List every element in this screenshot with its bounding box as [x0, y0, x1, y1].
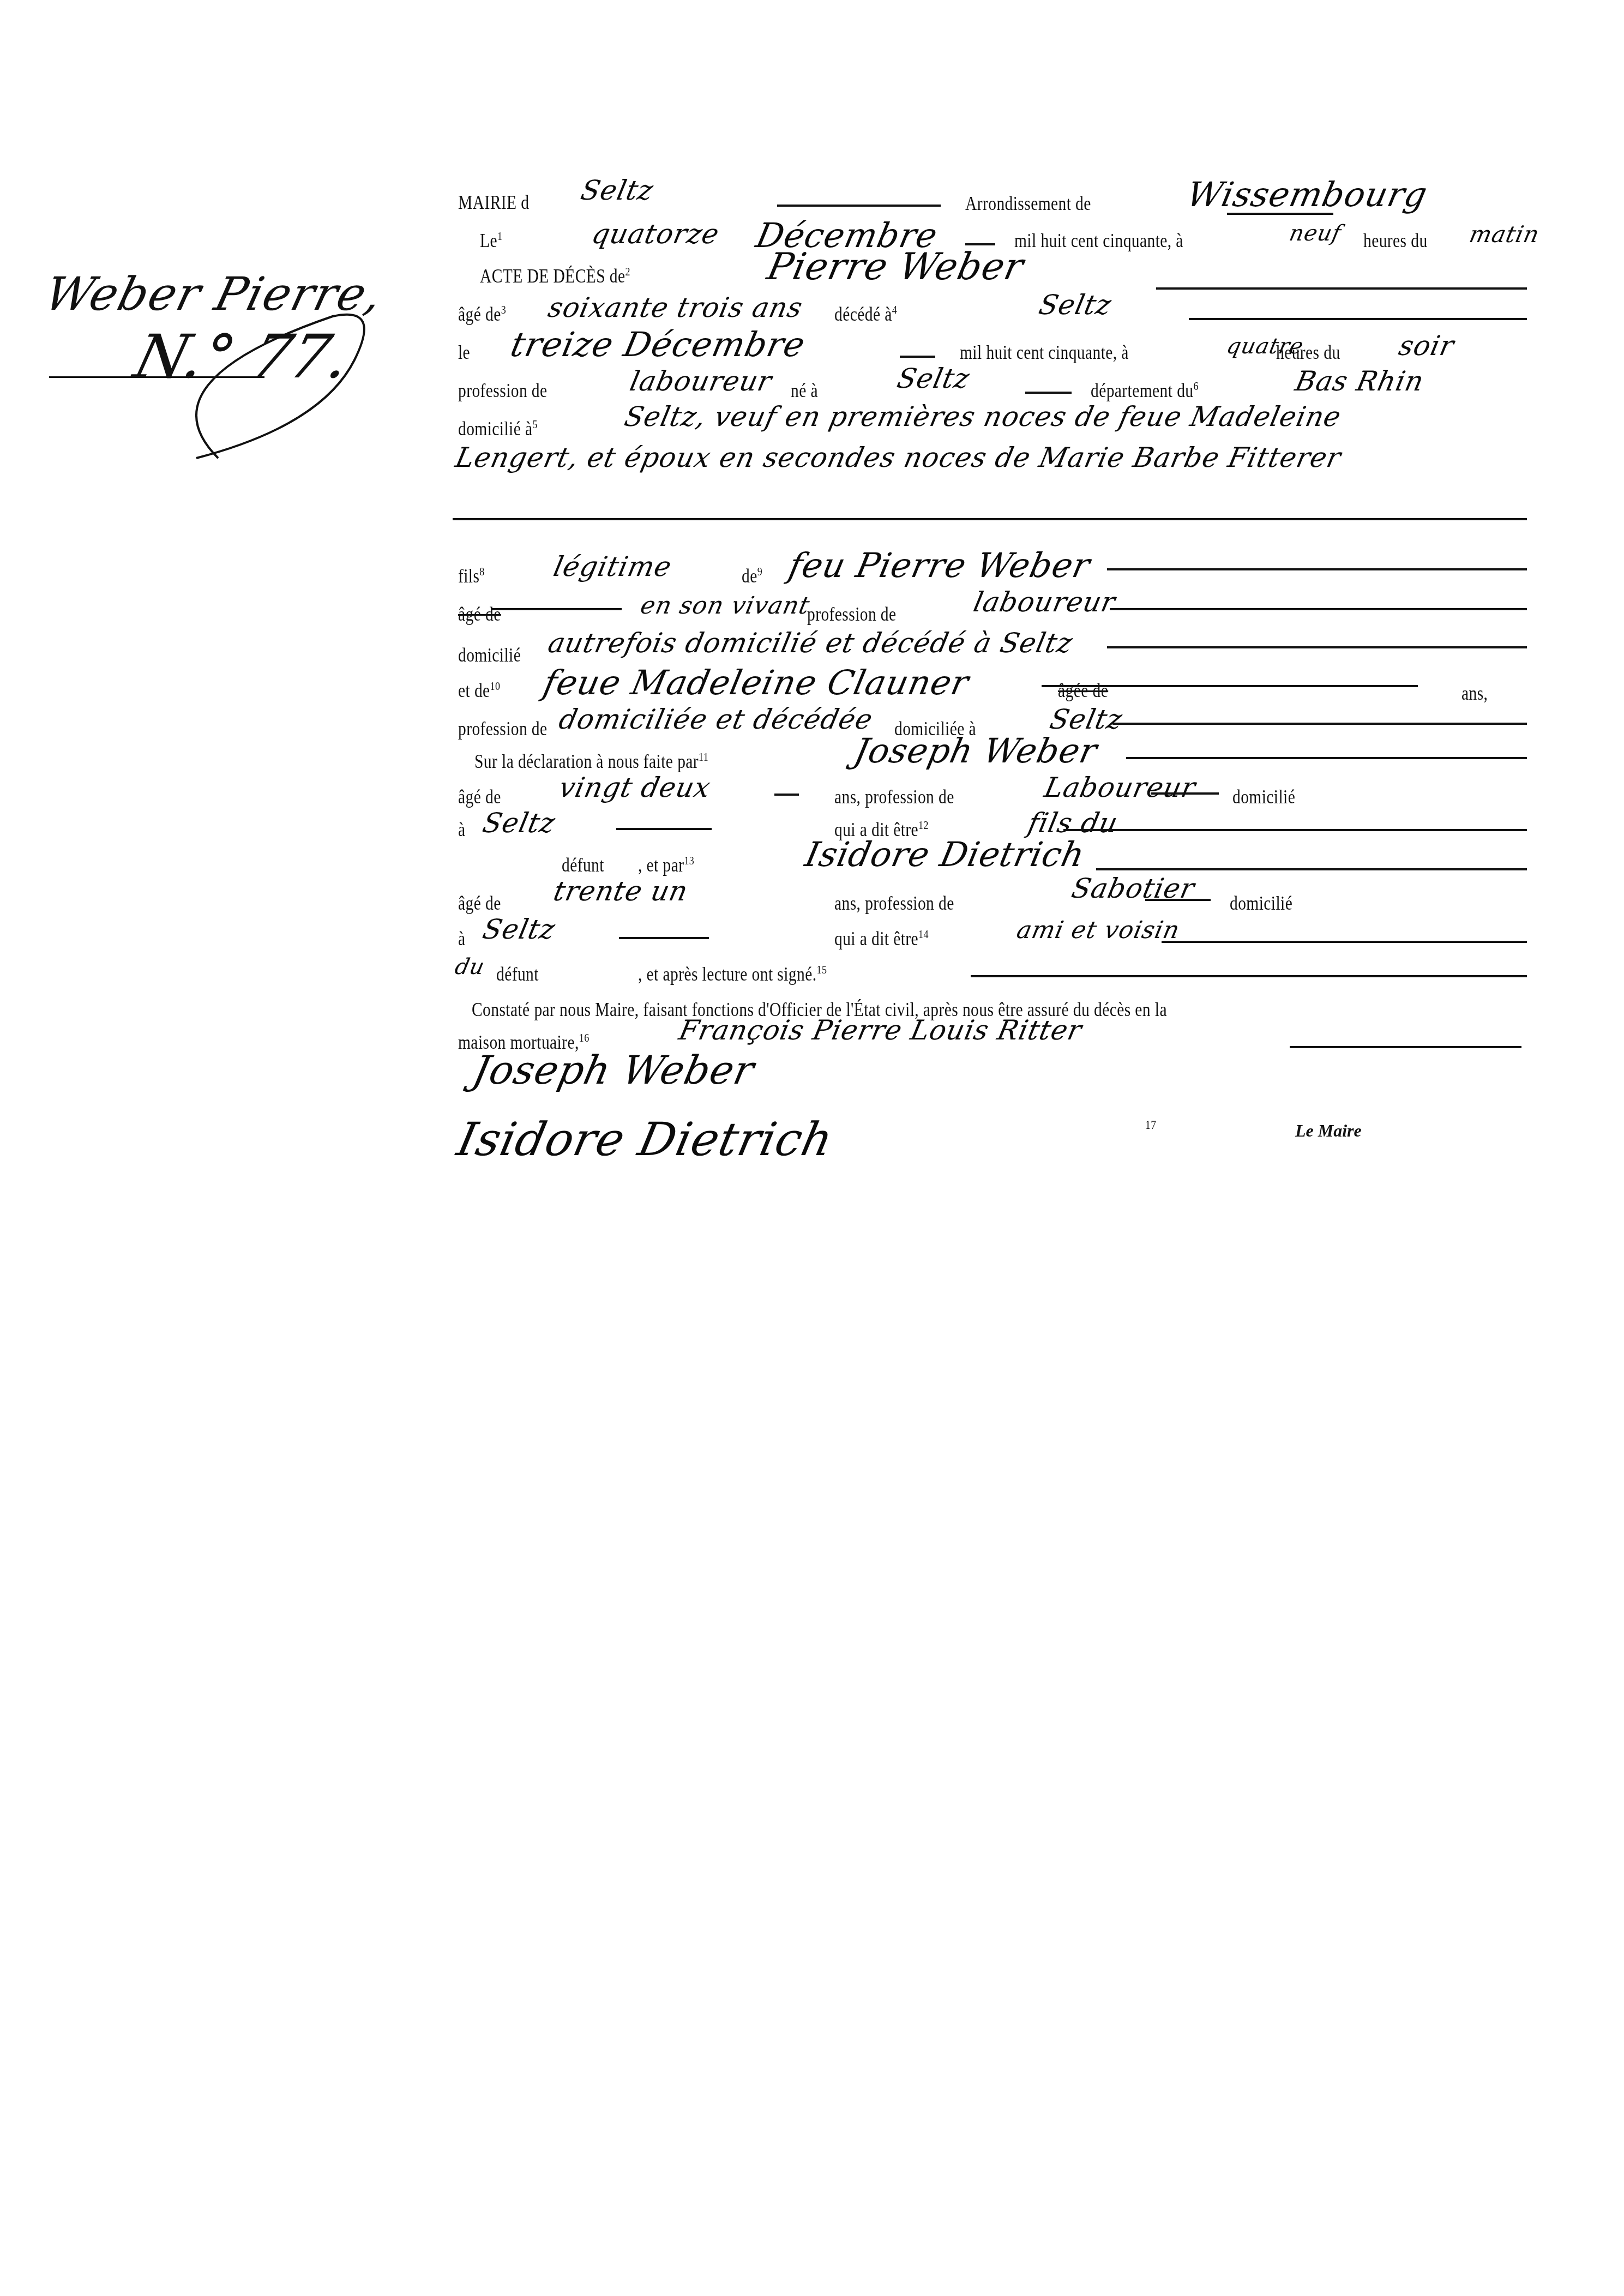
rule [1126, 757, 1527, 759]
first-defunt-label: défunt [562, 854, 604, 876]
father-domicile-label: domicilié [458, 644, 521, 666]
first-domicile-label: domicilié [1232, 785, 1295, 808]
rule [1145, 899, 1211, 901]
first-declarant-domicile: Seltz [480, 807, 558, 839]
rule [1162, 941, 1527, 943]
department-label: département du6 [1091, 379, 1199, 402]
mother-profession-label: profession de [458, 717, 548, 740]
death-year-label: mil huit cent cinquante, à [960, 341, 1129, 364]
rule [1042, 685, 1418, 687]
a-label: à [458, 818, 466, 841]
act-hour-label: heures du [1363, 229, 1428, 252]
rule [619, 937, 709, 939]
rule [774, 794, 799, 796]
death-le-label: le [458, 341, 470, 364]
rule [1107, 646, 1527, 648]
father-age: en son vivant [638, 592, 813, 620]
mayor-name: François Pierre Louis Ritter [676, 1014, 1085, 1046]
mairie-value: Seltz [578, 175, 657, 206]
declaration-label: Sur la déclaration à nous faite par11 [474, 750, 708, 773]
father-age-label: âgé de [458, 603, 501, 626]
first-declarant-age: vingt deux [556, 772, 714, 803]
deceased-age: soixante trois ans [545, 292, 805, 323]
rule [1156, 287, 1527, 290]
mother-name: feue Madeleine Clauner [540, 663, 972, 702]
second-declarant-domicile: Seltz [480, 913, 558, 945]
rule [1096, 868, 1527, 870]
du-prefix: du [453, 954, 487, 979]
first-age-label: âgé de [458, 785, 501, 808]
domicile-label: domicilié à5 [458, 417, 538, 440]
death-hour-label: heures du [1276, 341, 1340, 364]
second-profession-label: ans, profession de [834, 892, 954, 915]
le-label: Le1 [480, 229, 502, 252]
note-17: 17 [1145, 1118, 1157, 1133]
died-label: décédé à4 [834, 303, 897, 326]
death-period: soir [1396, 330, 1457, 362]
et-de-label: et de10 [458, 679, 500, 702]
and-by-label: , et par13 [638, 854, 694, 876]
rule [971, 975, 1527, 977]
margin-flourish-icon [109, 305, 393, 469]
signature-joseph-weber: Joseph Weber [469, 1047, 759, 1093]
mayor-label: Le Maire [1295, 1121, 1362, 1141]
father-profession-label: profession de [807, 603, 897, 626]
father-name: feu Pierre Weber [785, 545, 1094, 585]
rule [777, 205, 941, 207]
signature-isidore-dietrich: Isidore Dietrich [453, 1113, 838, 1166]
second-declarant-age: trente un [551, 875, 691, 907]
second-a-label: à [458, 927, 466, 950]
act-hour: neuf [1287, 221, 1344, 246]
second-declarant-relation: ami et voisin [1014, 916, 1182, 944]
second-defunt-label: défunt [496, 963, 539, 985]
first-declarant-name: Joseph Weber [851, 731, 1101, 771]
de-label: de9 [742, 564, 762, 587]
act-year-label: mil huit cent cinquante, à [1014, 229, 1183, 252]
signed-label: , et après lecture ont signé.15 [638, 963, 827, 985]
arrondissement-value: Wissembourg [1183, 175, 1431, 214]
department-value: Bas Rhin [1292, 365, 1427, 397]
second-said-label: qui a dit être14 [834, 927, 929, 950]
arrondissement-label: Arrondissement de [965, 192, 1091, 215]
mother-profession: domiciliée et décédée [556, 704, 876, 735]
rule [1151, 792, 1219, 795]
rule [616, 828, 712, 830]
fils-label: fils8 [458, 564, 485, 587]
father-domicile: autrefois domicilié et décédé à Seltz [545, 627, 1075, 659]
second-age-label: âgé de [458, 892, 501, 915]
act-day: quatorze [589, 218, 722, 250]
death-place: Seltz [1036, 289, 1115, 321]
act-period: matin [1467, 221, 1542, 248]
father-profession: laboureur [971, 586, 1118, 618]
deceased-domicile-continued: Lengert, et époux en secondes noces de M… [453, 442, 1344, 473]
born-label: né à [791, 379, 818, 402]
rule [1063, 829, 1527, 831]
death-certificate-page: Weber Pierre, N.° 77. MAIRIE d Seltz Arr… [0, 0, 1624, 2296]
rule [1112, 723, 1527, 725]
deceased-profession: laboureur [627, 365, 775, 397]
rule [1025, 392, 1072, 394]
rule [1189, 318, 1527, 320]
second-domicile-label: domicilié [1230, 892, 1292, 915]
ans-label: ans, [1461, 682, 1488, 705]
rule [1110, 608, 1527, 610]
acte-label: ACTE DE DÉCÈS de2 [480, 265, 630, 287]
legitimacy: légitime [551, 551, 675, 582]
deceased-name: Pierre Weber [763, 245, 1027, 288]
profession-label: profession de [458, 379, 548, 402]
mother-age-label: âgée de [1058, 679, 1108, 702]
rule [1227, 213, 1333, 215]
section-divider [453, 518, 1527, 520]
rule [1290, 1046, 1521, 1048]
age-label: âgé de3 [458, 303, 506, 326]
deceased-domicile: Seltz, veuf en premières noces de feue M… [622, 401, 1344, 432]
rule [491, 608, 622, 610]
mairie-label: MAIRIE d [458, 191, 529, 214]
first-declarant-profession: Laboureur [1042, 772, 1199, 803]
second-declarant-name: Isidore Dietrich [802, 834, 1088, 874]
death-day-month: treize Décembre [507, 324, 809, 364]
birth-place: Seltz [894, 363, 973, 394]
first-profession-label: ans, profession de [834, 785, 954, 808]
rule [900, 356, 935, 358]
rule [1107, 568, 1527, 570]
